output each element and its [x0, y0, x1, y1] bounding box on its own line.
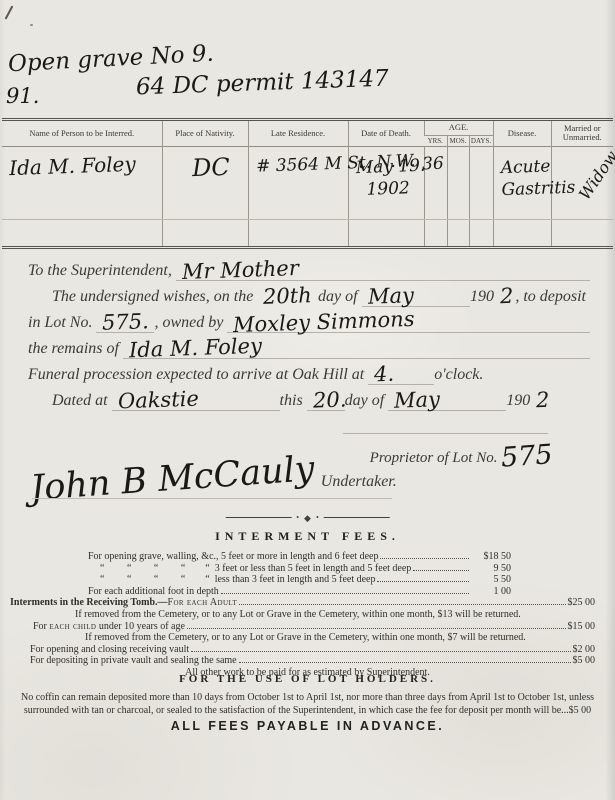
- wishes-label: The undersigned wishes, on the: [52, 288, 257, 306]
- fee-label: For depositing in private vault and seal…: [30, 655, 237, 666]
- column-header-disease: Disease.: [493, 120, 551, 147]
- blank-rule: [343, 432, 548, 434]
- fee-label: less than 3 feet in length and 5 feet de…: [210, 574, 376, 585]
- dated-day-fill: 20.: [306, 389, 352, 412]
- fee-row-child: For each child under 10 years of age $15…: [0, 621, 615, 633]
- fee-row-receiving-tomb-adult: Interments in the Receiving Tomb.—For ea…: [0, 597, 615, 609]
- fee-price: $25 00: [568, 597, 596, 608]
- dated-at-label: Dated at: [52, 392, 112, 410]
- dotted-leader: [187, 628, 566, 629]
- value-nativity: DC: [163, 147, 230, 181]
- interment-fees-section: INTERMENT FEES. For opening grave, walli…: [0, 529, 615, 679]
- lot-holders-line2: surrounded with tan or charcoal, or seal…: [0, 705, 615, 718]
- owned-by-label: , owned by: [154, 314, 227, 332]
- fee-label: For opening grave, walling, &c., 5 feet …: [88, 551, 378, 562]
- superintendent-name-fill: Mr Mother: [176, 258, 305, 283]
- fee-label: 3 feet or less than 5 feet in length and…: [210, 563, 412, 574]
- dotted-leader: [413, 570, 469, 571]
- dotted-leader: [377, 581, 469, 582]
- fee-row-opening-small: “ “ “ “ “ less than 3 feet in length and…: [0, 574, 615, 586]
- record-table: Name of Person to be Interred. Place of …: [2, 118, 613, 249]
- handwritten-grave-note: Open grave No 9.: [8, 43, 215, 77]
- form-line-lot: in Lot No. 575. , owned by Moxley Simmon…: [28, 310, 590, 336]
- fees-title: INTERMENT FEES.: [0, 529, 615, 544]
- form-line-remains: the remains of Ida M. Foley: [28, 336, 590, 362]
- superintendent-label: To the Superintendent,: [28, 262, 176, 280]
- fee-row-opening-adult: For opening grave, walling, &c., 5 feet …: [0, 551, 615, 563]
- this-label: this: [280, 392, 307, 410]
- fee-price: $15 00: [568, 621, 596, 632]
- dated-year-prefix: 190: [506, 392, 534, 410]
- pen-mark: [5, 5, 14, 19]
- lot-holders-line1: No coffin can remain deposited more than…: [0, 692, 615, 705]
- to-deposit-label: , to deposit: [515, 288, 590, 306]
- column-header-marital: Married or Unmarried.: [551, 120, 613, 147]
- lot-holders-title: FOR THE USE OF LOT HOLDERS.: [0, 673, 615, 685]
- fee-label: For opening and closing receiving vault: [30, 644, 189, 655]
- day-of-label: day of: [318, 288, 362, 306]
- deposit-form: To the Superintendent, Mr Mother The und…: [28, 258, 590, 414]
- proprietor-lot-fill: 575: [497, 441, 554, 472]
- fee-label-smallcaps: For each Adult: [168, 597, 238, 608]
- ditto-marks: “ “ “ “ “: [100, 574, 210, 585]
- form-line-superintendent: To the Superintendent, Mr Mother: [28, 258, 590, 284]
- fee-row-additional-depth: For each additional foot in depth 1 00: [0, 586, 615, 598]
- year-prefix: 190: [470, 288, 498, 306]
- ditto-marks: “ “ “ “ “: [100, 563, 210, 574]
- fee-note-adult-refund: If removed from the Cemetery, or to any …: [0, 609, 615, 621]
- fee-label-smallcaps: each child: [49, 621, 96, 632]
- column-header-death-date: Date of Death.: [348, 120, 424, 147]
- table-row: Ida M. Foley DC # 3564 M St. N.W. May 19…: [2, 146, 613, 219]
- column-header-residence: Late Residence.: [248, 120, 348, 147]
- value-marital: Widow: [576, 148, 615, 202]
- owner-fill: Moxley Simmons: [227, 309, 421, 337]
- dotted-leader: [239, 662, 571, 663]
- interment-record-document: Open grave No 9. 91. 64 DC permit 143147…: [0, 0, 615, 800]
- value-death-date: May 19. 1902: [349, 147, 426, 202]
- form-line-procession: Funeral procession expected to arrive at…: [28, 362, 590, 388]
- time-fill: 4.: [368, 363, 401, 385]
- lot-no-label: in Lot No.: [28, 314, 96, 332]
- lot-number-fill: 575.: [96, 311, 155, 334]
- fee-row-vault-open: For opening and closing receiving vault …: [0, 644, 615, 656]
- fee-label: For each additional foot in depth: [88, 586, 219, 597]
- fee-price: $2 00: [573, 644, 596, 655]
- dated-year-fill: 2: [534, 390, 552, 412]
- fee-label: under 10 years of age: [96, 621, 185, 632]
- table-row-empty: [2, 219, 613, 247]
- signature-block: John B McCauly Undertaker.: [30, 462, 397, 497]
- procession-label: Funeral procession expected to arrive at…: [28, 366, 368, 384]
- column-header-age: AGE.: [424, 120, 493, 136]
- dotted-leader: [239, 604, 565, 605]
- day-fill: 20th: [257, 285, 318, 308]
- dated-month-fill: May: [388, 389, 447, 412]
- place-fill: Oakstie: [111, 388, 205, 412]
- section-divider-ornament: •◆•: [225, 517, 390, 518]
- value-disease: Acute Gastritis: [494, 146, 576, 201]
- dotted-leader: [380, 558, 469, 559]
- form-line-dated: Dated at Oakstie this 20. day of May 190…: [28, 388, 590, 414]
- year-fill: 2: [498, 286, 516, 308]
- column-header-nativity: Place of Nativity.: [162, 120, 248, 147]
- remains-label: the remains of: [28, 340, 123, 358]
- fee-row-opening-medium: “ “ “ “ “ 3 feet or less than 5 feet in …: [0, 563, 615, 575]
- handwritten-permit-number: 64 DC permit 143147: [136, 68, 389, 100]
- value-age-yrs: 36: [421, 147, 443, 173]
- column-header-age-mos: MOS.: [447, 135, 469, 146]
- column-header-age-yrs: YRS.: [424, 135, 447, 146]
- fee-note-child-refund: If removed from the Cemetery, or to any …: [0, 632, 615, 644]
- value-age-days: [470, 153, 476, 161]
- column-header-age-days: DAYS.: [469, 135, 493, 146]
- ink-dot: [30, 24, 33, 26]
- fee-price: 5 50: [471, 574, 511, 585]
- column-header-name: Name of Person to be Interred.: [2, 120, 162, 147]
- form-line-wishes: The undersigned wishes, on the 20th day …: [28, 284, 590, 310]
- signature-rule: [32, 498, 392, 499]
- handwritten-number: 91.: [6, 86, 39, 107]
- dotted-leader: [191, 651, 570, 652]
- value-name: Ida M. Foley: [3, 146, 136, 179]
- undertaker-label: Undertaker.: [315, 473, 397, 491]
- fee-price: 1 00: [471, 586, 511, 597]
- fee-label-bold: Interments in the Receiving Tomb.—: [10, 597, 168, 608]
- fee-label: For: [33, 621, 49, 632]
- lot-holders-section: FOR THE USE OF LOT HOLDERS. No coffin ca…: [0, 673, 615, 717]
- month-fill: May: [361, 285, 420, 308]
- fee-price: $18 50: [471, 551, 511, 562]
- all-fees-notice: ALL FEES PAYABLE IN ADVANCE.: [0, 719, 615, 733]
- dotted-leader: [221, 593, 469, 594]
- fee-price: 9 50: [471, 563, 511, 574]
- proprietor-line: Proprietor of Lot No. 575: [370, 440, 553, 467]
- deceased-name-fill: Ida M. Foley: [123, 335, 269, 361]
- fee-row-vault-deposit: For depositing in private vault and seal…: [0, 655, 615, 667]
- value-age-mos: [448, 153, 454, 161]
- oclock-label: o'clock.: [434, 366, 487, 384]
- fee-price: $5 00: [573, 655, 596, 666]
